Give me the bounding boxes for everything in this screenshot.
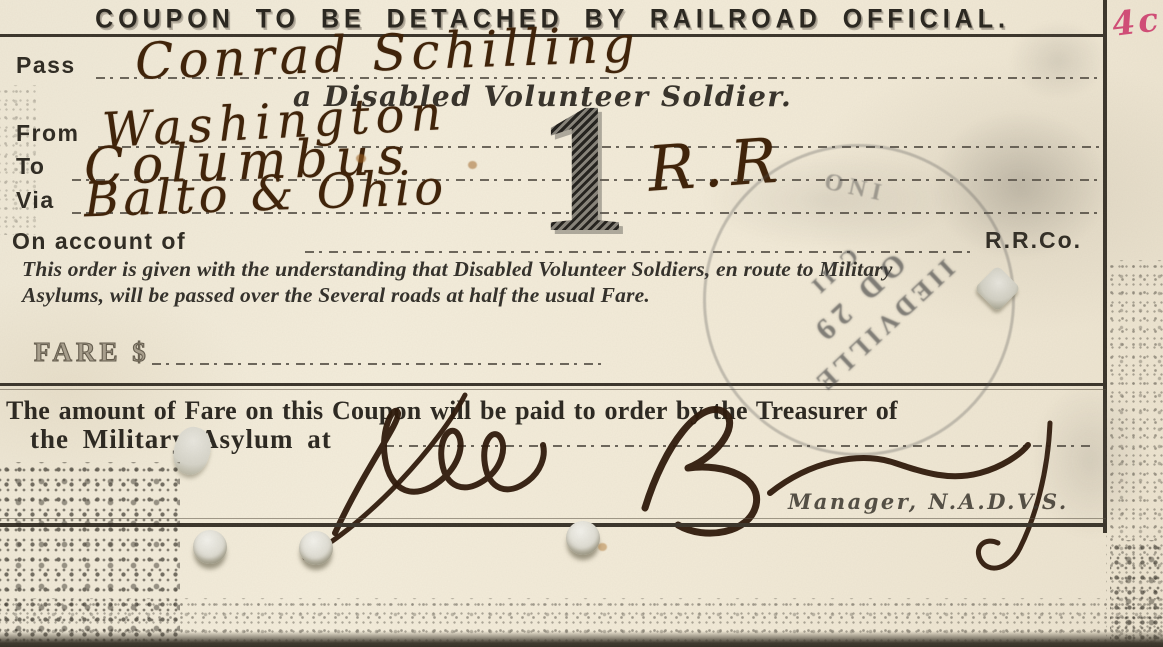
graphite-smudge (1008, 20, 1108, 100)
disclaimer-line-2: Asylums, will be passed over the Several… (22, 283, 650, 308)
railroad-coupon-scan: COUPON TO BE DETACHED BY RAILROAD OFFICI… (0, 0, 1163, 647)
fare-label: FARE $ (34, 337, 150, 368)
bottom-edge-shadow-band (0, 631, 1163, 647)
signature (250, 383, 1105, 588)
punch-hole (299, 531, 333, 565)
manager-credit: Manager, N.A.D.V.S. (788, 489, 1069, 514)
rust-spot (468, 161, 477, 169)
ink-speckle-patch (0, 85, 36, 235)
graphite-smudge (700, 150, 960, 250)
fare-leader-line (152, 362, 608, 365)
via-handwritten-value: Balto & Ohio (83, 160, 448, 229)
rust-spot (598, 543, 607, 551)
count-numeral: 1 (536, 86, 629, 253)
punch-hole (193, 530, 227, 564)
on-account-of-label: On account of (12, 228, 186, 255)
red-pencil-mark: 4c (1110, 0, 1163, 44)
graphite-smudge (930, 110, 1110, 260)
rust-spot (356, 154, 366, 163)
punch-hole (566, 521, 600, 555)
pass-label: Pass (16, 52, 76, 79)
